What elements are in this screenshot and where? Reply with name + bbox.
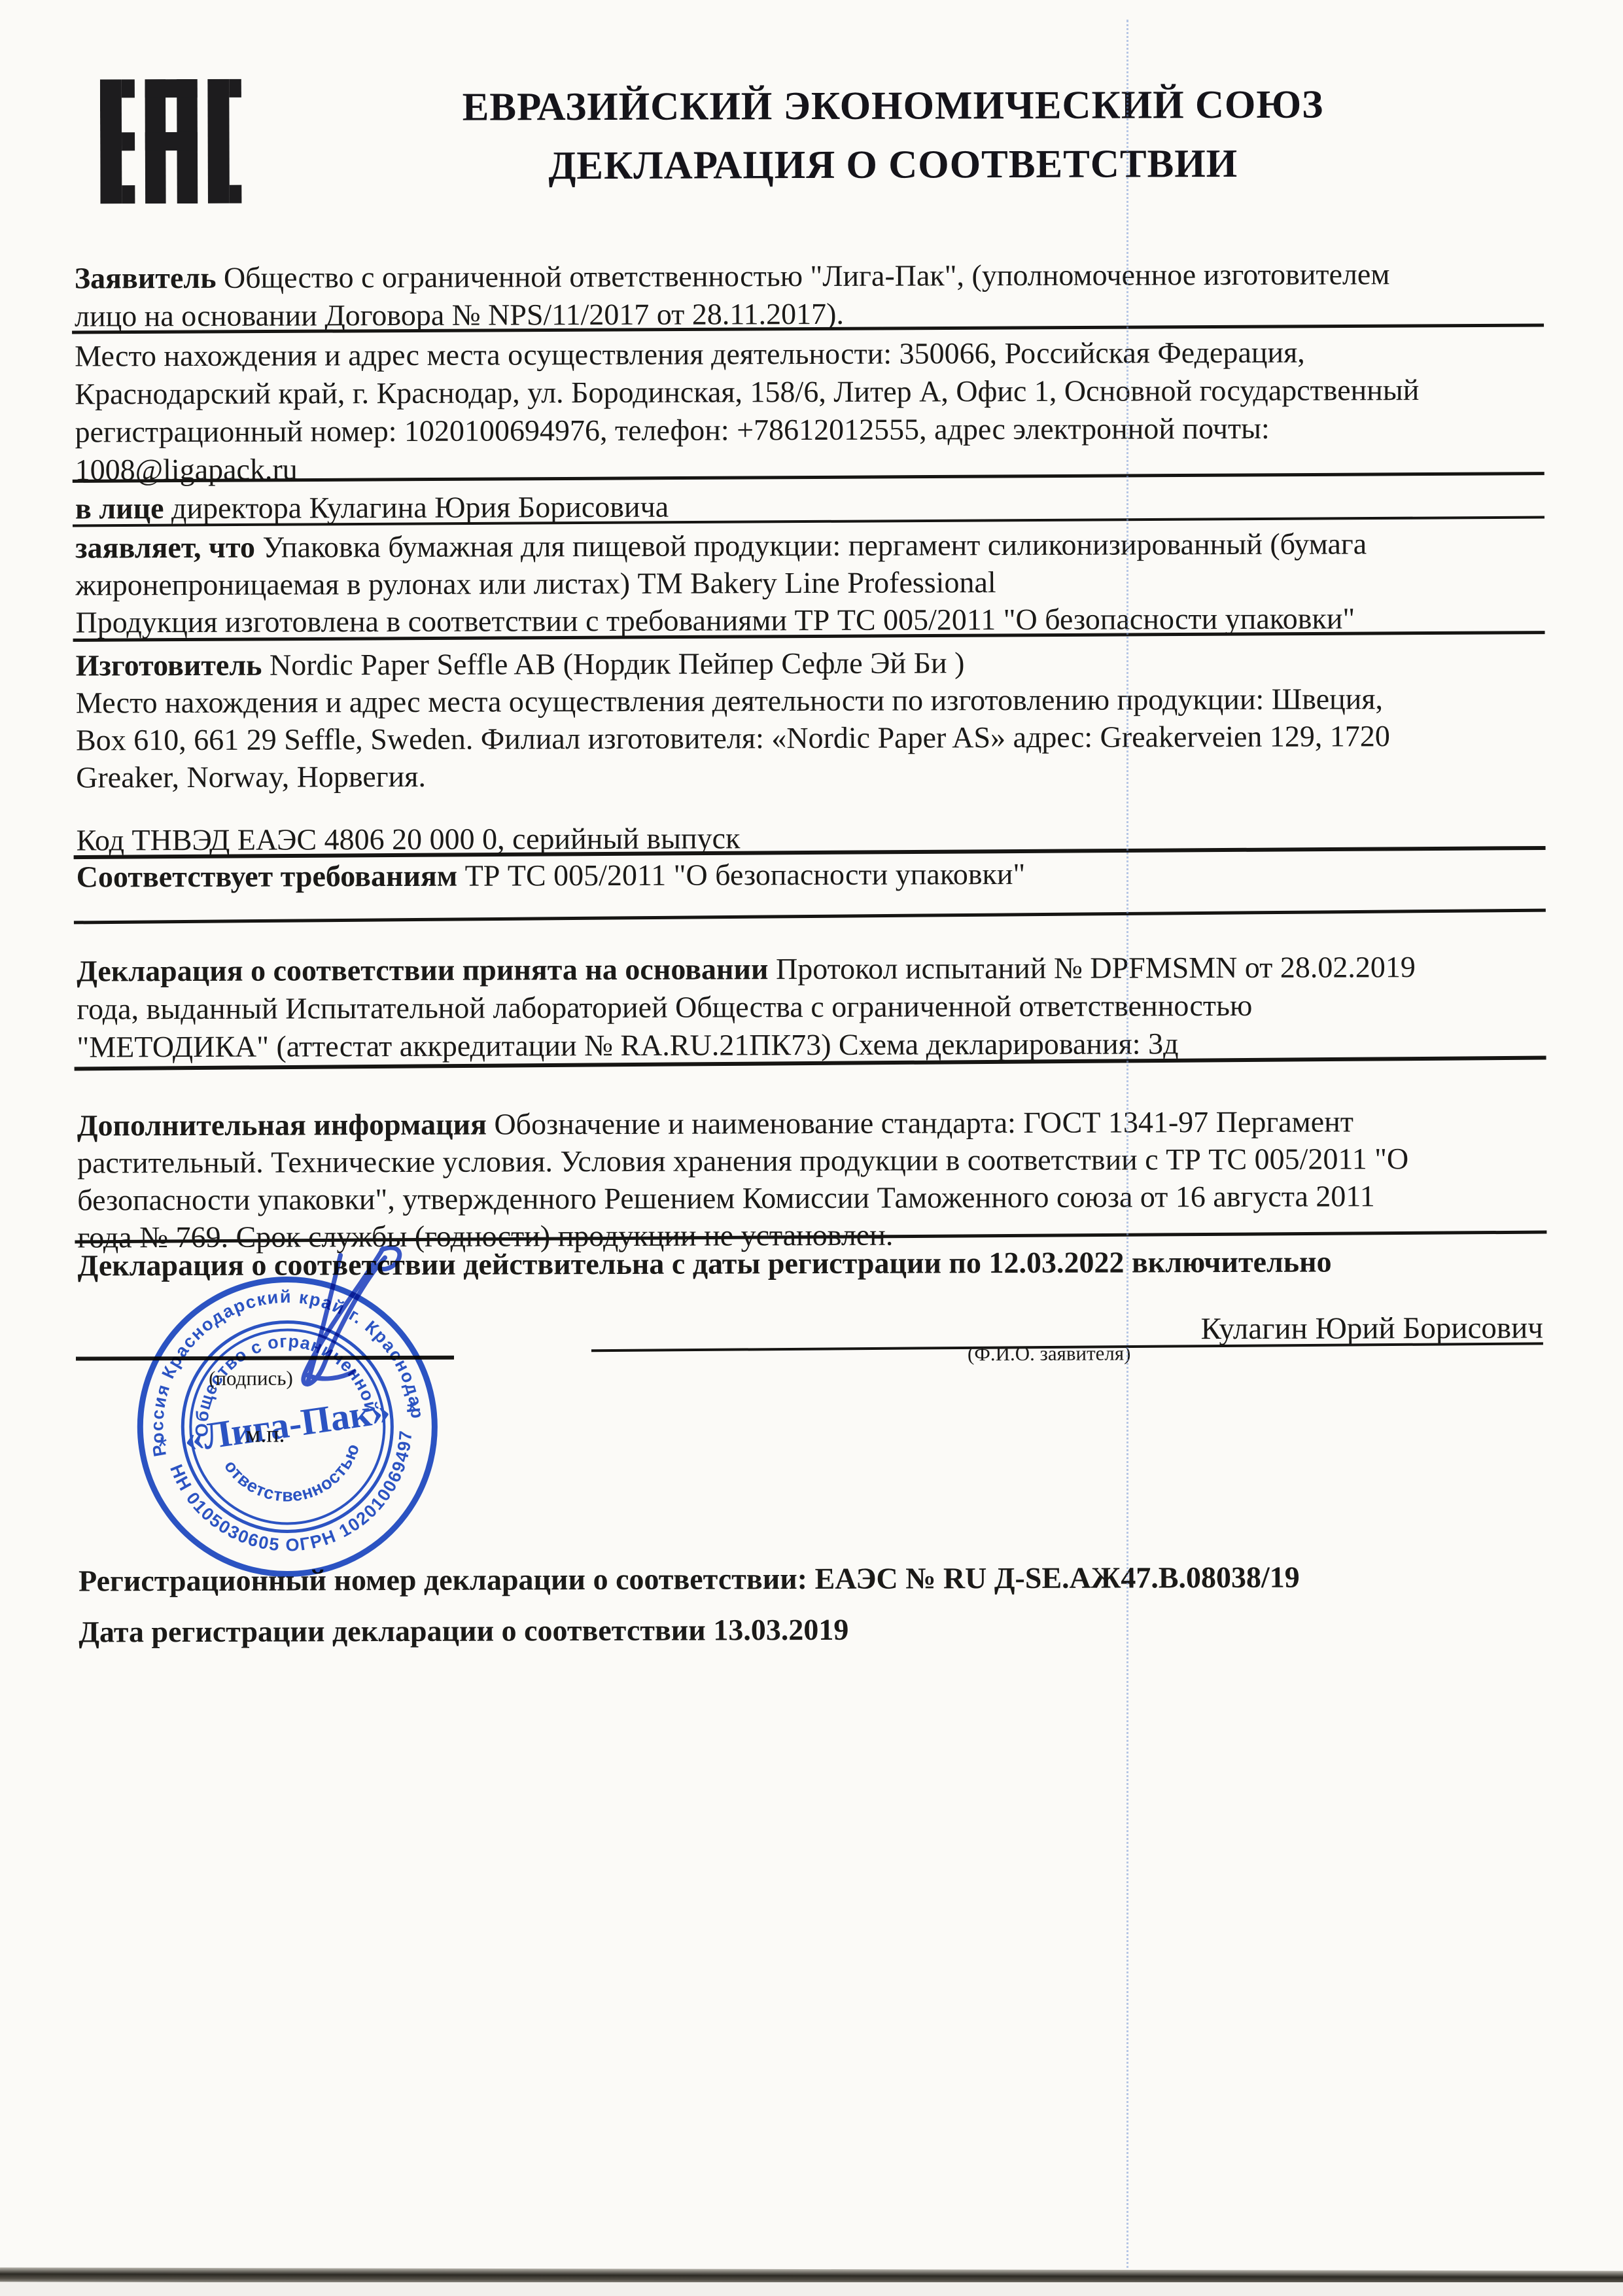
- paragraph-manufacturer: Изготовитель Nordic Paper Seffle AB (Нор…: [76, 642, 1555, 796]
- scan-artifact-bottom-paper: [0, 2282, 1623, 2296]
- rule: [74, 909, 1546, 925]
- text-line: регистрационный номер: 1020100694976, те…: [75, 408, 1553, 451]
- text-line: заявляет, что Упаковка бумажная для пище…: [75, 524, 1554, 566]
- eac-logo: [100, 79, 242, 204]
- text-line: Greaker, Norway, Норвегия.: [76, 754, 1554, 796]
- paragraph-basis: Декларация о соответствии принята на осн…: [77, 947, 1556, 1066]
- text-line: Изготовитель Nordic Paper Seffle AB (Нор…: [76, 642, 1554, 684]
- text-line: Место нахождения и адрес места осуществл…: [76, 679, 1554, 721]
- title-line-2: ДЕКЛАРАЦИЯ О СООТВЕТСТВИИ: [350, 134, 1436, 196]
- text-line: Декларация о соответствии принята на осн…: [77, 947, 1555, 990]
- signature: [242, 1243, 439, 1394]
- fio-caption: (Ф.И.О. заявителя): [968, 1341, 1131, 1366]
- paragraph-registration-date: Дата регистрации декларации о соответств…: [79, 1608, 1557, 1651]
- text-line: Место нахождения и адрес места осуществл…: [75, 332, 1553, 375]
- text-line: Соответствует требованиям ТР ТС 005/2011…: [77, 853, 1555, 896]
- text-line: Заявитель Общество с ограниченной ответс…: [75, 255, 1553, 297]
- paragraph-applicant-address: Место нахождения и адрес места осуществл…: [75, 332, 1554, 489]
- document-title: ЕВРАЗИЙСКИЙ ЭКОНОМИЧЕСКИЙ СОЮЗ ДЕКЛАРАЦИ…: [350, 75, 1437, 196]
- text-line: Box 610, 661 29 Seffle, Sweden. Филиал и…: [76, 716, 1554, 758]
- text-line: Краснодарский край, г. Краснодар, ул. Бо…: [75, 370, 1553, 413]
- paragraph-complies-with: Соответствует требованиям ТР ТС 005/2011…: [77, 853, 1555, 896]
- text-line: безопасности упаковки", утвержденного Ре…: [77, 1176, 1556, 1218]
- document-content: ЕВРАЗИЙСКИЙ ЭКОНОМИЧЕСКИЙ СОЮЗ ДЕКЛАРАЦИ…: [0, 0, 1623, 2296]
- text-line: года, выданный Испытательной лабораторие…: [77, 985, 1555, 1028]
- text-line: Дата регистрации декларации о соответств…: [79, 1608, 1557, 1651]
- text-line: 1008@ligapack.ru: [75, 446, 1554, 489]
- scan-artifact-vertical-line: [1126, 20, 1128, 2277]
- text-line: растительный. Технические условия. Услов…: [77, 1139, 1556, 1181]
- stamp-star-left: *: [156, 1432, 170, 1462]
- paragraph-applicant: Заявитель Общество с ограниченной ответс…: [75, 255, 1553, 335]
- paragraph-declares: заявляет, что Упаковка бумажная для пище…: [75, 524, 1554, 641]
- title-line-1: ЕВРАЗИЙСКИЙ ЭКОНОМИЧЕСКИЙ СОЮЗ: [350, 75, 1436, 137]
- text-line: Дополнительная информация Обозначение и …: [77, 1102, 1556, 1144]
- scanned-declaration-page: ЕВРАЗИЙСКИЙ ЭКОНОМИЧЕСКИЙ СОЮЗ ДЕКЛАРАЦИ…: [0, 0, 1623, 2296]
- text-line: жиронепроницаемая в рулонах или листах) …: [75, 561, 1554, 603]
- applicant-name: Кулагин Юрий Борисович: [1113, 1310, 1543, 1347]
- stamp-place-label: м.п.: [245, 1421, 285, 1448]
